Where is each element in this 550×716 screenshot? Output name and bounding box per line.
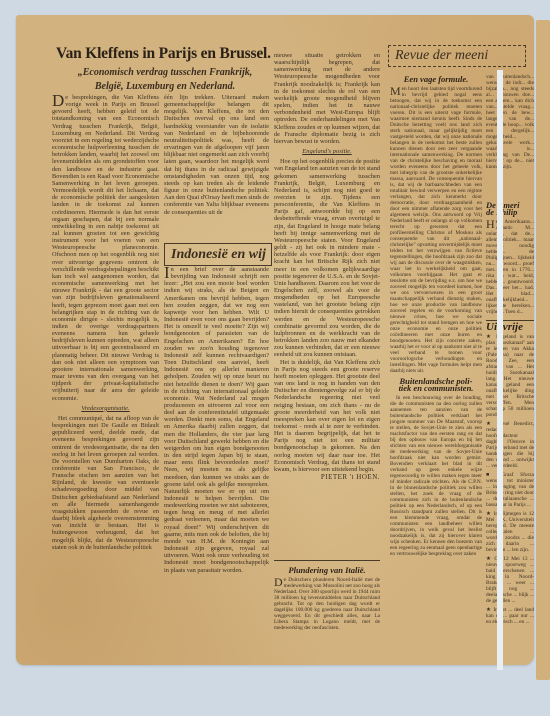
paragraph: van buitenlandsch... wenscht de indr... …	[486, 74, 534, 170]
main-article-column-3: nieuwe situatie getrokken en waarschijnl…	[274, 52, 380, 537]
paragraph: Het is duidelijk, dat Van Kleffens zich …	[274, 359, 380, 474]
title-line-2: de Philip	[486, 209, 534, 216]
uit-vrije-title: Uit vrije	[486, 324, 534, 331]
dropcap: H	[486, 219, 495, 229]
news-item-text: In het ... deel land kan de ... paar uur…	[486, 607, 534, 625]
revue-subtitle-buitenlandsche: Buitenlandsche poli- tiek en communisten…	[390, 378, 482, 392]
revue-continuation: van buitenlandsch... wenscht de indr... …	[486, 74, 534, 199]
paragraph: Hoe op het oogenblik precies de positie …	[274, 158, 380, 358]
subheadline-line-1: „Economisch verdrag tusschen Frankrijk,	[60, 66, 270, 80]
news-item: ★ Engeland is van plan „Suezkanaal" aan …	[486, 334, 534, 418]
paragraph: e besprekingen, die Van Kleffens vorige …	[52, 94, 159, 402]
philippijnen-article: De Ameri de Philip Het Amerikaans... Atl…	[486, 200, 534, 318]
paper-tear	[497, 70, 503, 670]
dropcap: I	[164, 266, 170, 280]
indonesie-title-box: Indonesië en wij	[164, 243, 272, 266]
revue-header-box: Revue der meeni	[388, 45, 526, 67]
paragraph: één lijn trekken. Uiteraard maken gemeen…	[164, 94, 269, 216]
indonesie-title: Indonesië en wij	[171, 247, 266, 262]
paragraph: et Amerikaans... Atlantic M... onlangs, …	[486, 219, 534, 315]
paragraph: Het communiqué, dat na afloop van de bes…	[52, 415, 159, 551]
news-item-text: Op 12 Mei 13 ... nieuwe spoorweg ... bai…	[486, 556, 534, 604]
main-subheadline: „Economisch verdrag tusschen Frankrijk, …	[60, 66, 270, 94]
main-article-column-1: De besprekingen, die Van Kleffens vorige…	[52, 94, 159, 664]
paragraph: en hoort den laatsten tijd voortdurend i…	[390, 86, 482, 374]
plundering-article: Plundering van Italië. De Duitschers plu…	[274, 565, 380, 635]
news-item-text: Graaf Sforza wenscht tot minister ... in…	[486, 472, 534, 508]
section-heading-vredesorganisatie: Vredesorganisatie.	[52, 405, 159, 412]
divider	[486, 320, 534, 321]
section-heading-engeland: Engeland's positie.	[274, 148, 380, 155]
author-signature: PIETER 't HOEN.	[274, 474, 380, 481]
revue-subtitle-vage-formule: Een vage formule.	[390, 76, 482, 83]
dropcap: D	[52, 94, 64, 108]
news-item: ★ René Benedict, redactie hoofdredacteur…	[486, 421, 534, 469]
philippijnen-title: De Ameri de Philip	[486, 202, 534, 216]
plundering-title: Plundering van Italië.	[274, 567, 380, 574]
paragraph: n een brief over de aanstaande bevrijdin…	[164, 266, 269, 574]
news-item-text: Engeland is van plan „Suezkanaal" aan te…	[486, 334, 534, 418]
revue-column: Een vage formule. Men hoort den laatsten…	[390, 74, 482, 664]
main-headline: Van Kleffens in Parijs en Brussel.	[56, 45, 276, 63]
news-item: ★ In het ... deel land kan de ... paar u…	[486, 607, 534, 625]
main-article-column-2: één lijn trekken. Uiteraard maken gemeen…	[164, 94, 269, 242]
dropcap: D	[274, 577, 283, 587]
revue-title: Revue der meeni	[395, 48, 488, 63]
subheadline-line-2: België, Luxemburg en Nederland.	[60, 80, 270, 94]
uit-vrije-column: Uit vrije ★ Engeland is van plan „Suezka…	[486, 322, 534, 664]
news-item: ★ Op 12 Mei 13 ... nieuwe spoorweg ... b…	[486, 556, 534, 604]
dropcap: M	[390, 86, 401, 96]
paragraph: e Duitschers plunderen Noord-Italië met …	[274, 577, 380, 631]
paragraph: In een beschouwing over de houding, die …	[390, 395, 482, 557]
news-item: ■ Graaf Sforza wenscht tot minister ... …	[486, 472, 534, 508]
divider	[274, 560, 380, 561]
news-item-text: René Benedict, redactie hoofdredacteur d…	[486, 421, 534, 469]
news-item-text: In Nijmegen is 12 Mei R.K. Universiteit …	[486, 511, 534, 553]
adjacent-page-edge	[536, 20, 550, 680]
news-item: ★ In Nijmegen is 12 Mei R.K. Universitei…	[486, 511, 534, 553]
indonesie-article: In een brief over de aanstaande bevrijdi…	[164, 266, 269, 636]
subtitle-line-2: tiek en communisten.	[390, 385, 482, 392]
paragraph: nieuwe situatie getrokken en waarschijnl…	[274, 52, 380, 145]
